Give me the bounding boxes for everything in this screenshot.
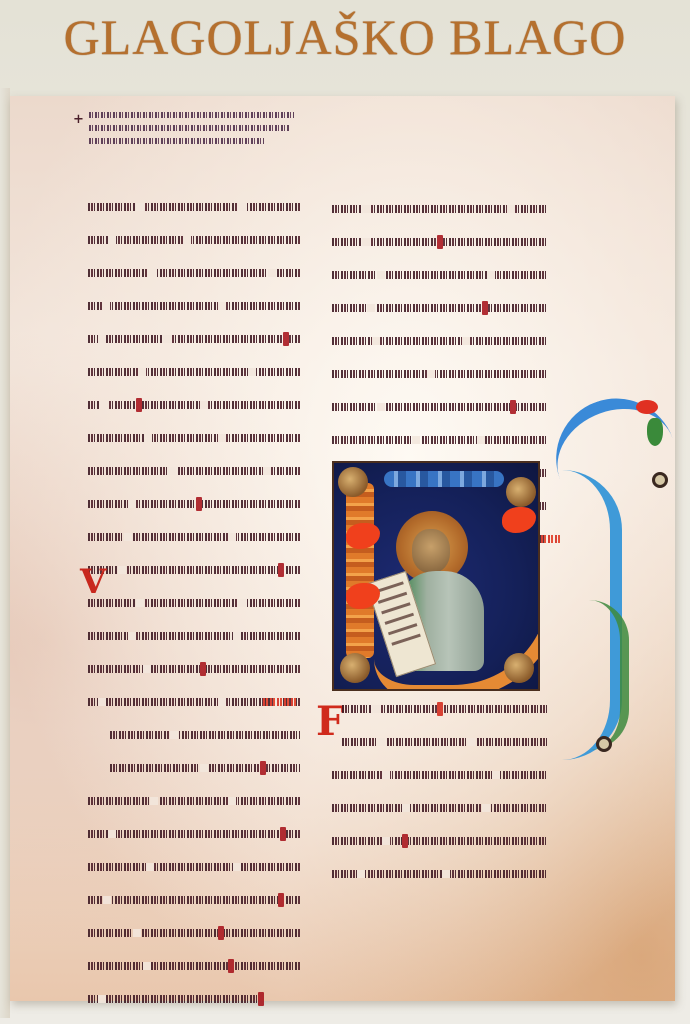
text-line: [88, 698, 300, 706]
vine-ornament-green: [570, 600, 629, 750]
text-line: [332, 238, 548, 246]
text-line: [332, 271, 548, 279]
medallion: [340, 653, 370, 683]
text-column-left: [88, 203, 300, 1024]
text-line: [332, 403, 548, 411]
background-margin: [0, 88, 10, 1018]
medallion: [506, 477, 536, 507]
decorated-initial-v: V: [80, 564, 108, 600]
text-line: [88, 302, 300, 310]
header-line: [89, 138, 264, 144]
text-line: [88, 962, 300, 970]
header-line: [89, 112, 294, 118]
initial-stem: [346, 483, 374, 658]
text-line: [88, 500, 300, 508]
header-line: [89, 125, 289, 131]
text-line: [88, 863, 300, 871]
text-line: [88, 929, 300, 937]
text-line: [332, 436, 548, 444]
text-line: [332, 304, 548, 312]
text-line: [88, 566, 300, 574]
text-line: [88, 995, 263, 1003]
vine-tip-green: [647, 418, 663, 446]
text-line: [88, 401, 300, 409]
text-line: [88, 335, 300, 343]
text-line: [88, 203, 300, 211]
text-line: [88, 665, 300, 673]
text-line: [110, 731, 300, 739]
text-line: [110, 764, 300, 772]
figure-face: [412, 529, 450, 573]
text-line: [88, 533, 300, 541]
text-line: [88, 236, 300, 244]
text-line: [88, 599, 300, 607]
text-line: [332, 837, 548, 845]
medallion: [338, 467, 368, 497]
text-line: [342, 738, 548, 746]
cross-icon: +: [73, 112, 84, 127]
header-text-block: +: [75, 112, 310, 151]
text-line: [88, 797, 300, 805]
text-line: [88, 467, 300, 475]
text-line: [332, 870, 548, 878]
text-line: [332, 804, 548, 812]
text-line: [342, 705, 548, 713]
vine-tip-red: [636, 400, 658, 414]
text-line: [332, 205, 548, 213]
medallion: [504, 653, 534, 683]
ring-ornament: [652, 472, 668, 488]
text-column-right-lower: [332, 705, 548, 903]
text-line: [88, 896, 300, 904]
text-line: [332, 771, 548, 779]
illuminated-miniature: [332, 461, 540, 691]
text-line: [88, 434, 300, 442]
text-line: [88, 830, 300, 838]
ring-ornament: [596, 736, 612, 752]
text-line: [88, 368, 300, 376]
text-line: [88, 269, 300, 277]
text-line: [88, 632, 300, 640]
text-line: [332, 370, 548, 378]
poster-title: GLAGOLJAŠKO BLAGO: [0, 8, 690, 66]
text-line: [332, 337, 548, 345]
